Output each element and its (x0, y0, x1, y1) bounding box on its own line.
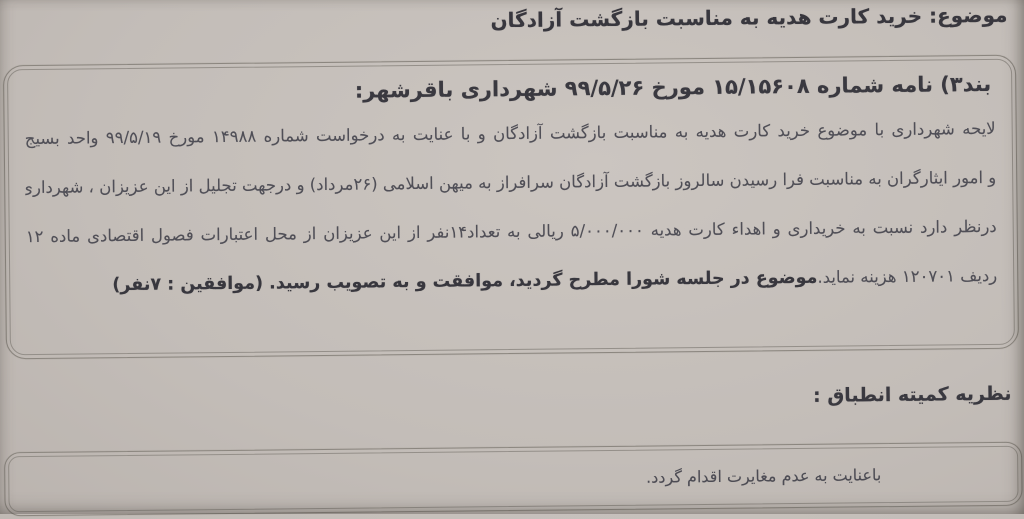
resolution-body-line-4: ردیف ۱۲۰۷۰۱ هزینه نماید.موضوع در جلسه شو… (26, 251, 997, 311)
clause-heading: بند۳) نامه شماره ۱۵/۱۵۶۰۸ مورخ ۹۹/۵/۲۶ ش… (28, 72, 991, 106)
resolution-clause-box: بند۳) نامه شماره ۱۵/۱۵۶۰۸ مورخ ۹۹/۵/۲۶ ش… (3, 55, 1019, 360)
compliance-committee-box: باعنایت به عدم مغایرت اقدام گردد. (4, 442, 1023, 514)
compliance-committee-heading: نظریه کمیته انطباق : (813, 383, 1012, 407)
council-decision-text: موضوع در جلسه شورا مطرح گردید، موافقت و … (112, 268, 817, 295)
resolution-box-content: بند۳) نامه شماره ۱۵/۱۵۶۰۸ مورخ ۹۹/۵/۲۶ ش… (24, 64, 998, 352)
subject-line: موضوع: خرید کارت هدیه به مناسبت بازگشت آ… (490, 3, 1007, 32)
compliance-committee-note: باعنایت به عدم مغایرت اقدام گردد. (646, 465, 881, 486)
document-sheet: موضوع: خرید کارت هدیه به مناسبت بازگشت آ… (0, 0, 1024, 514)
resolution-line-4-prefix: ردیف ۱۲۰۷۰۱ هزینه نماید. (817, 266, 997, 287)
